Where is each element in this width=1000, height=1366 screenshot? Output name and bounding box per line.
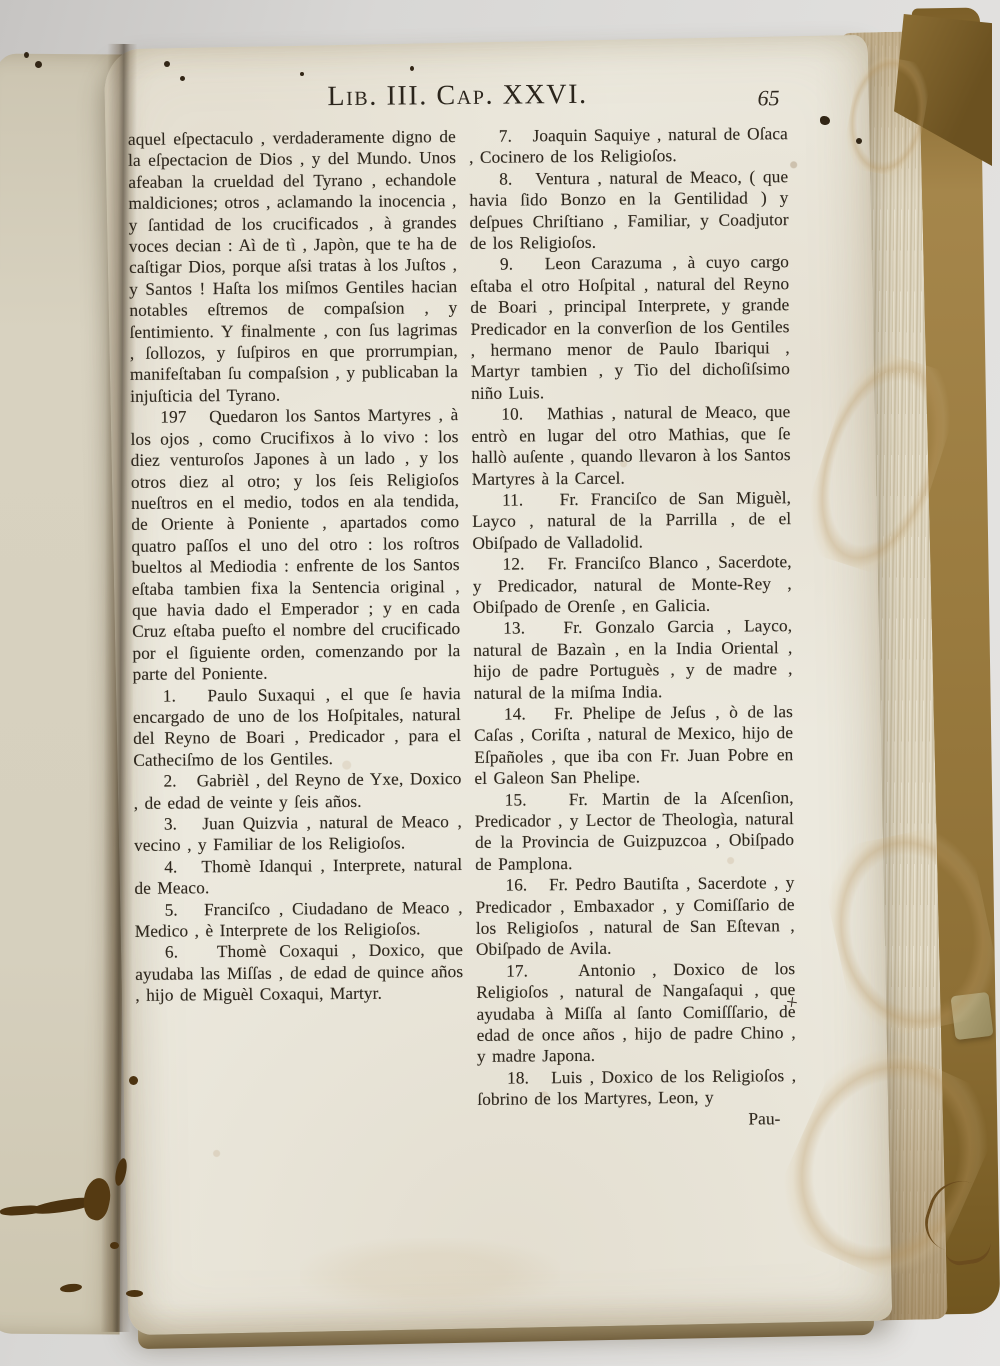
paragraph: 17. Antonio , Doxico de los Religioſos ,… [476, 958, 796, 1068]
paragraph: aquel eſpectaculo , verdaderamente digno… [128, 126, 458, 407]
paragraph: 13. Fr. Gonzalo Garcia , Layco, natural … [473, 615, 793, 703]
paragraph: 16. Fr. Pedro Bautiſta , Sacerdote , y P… [475, 872, 795, 960]
paragraph: 11. Fr. Franciſco de San Miguèl, Layco ,… [472, 487, 792, 554]
chapter-heading: Lib. III. Cap. XXVI. [127, 77, 787, 115]
left-column: aquel eſpectaculo , verdaderamente digno… [128, 126, 465, 1135]
catchword: Pau- [477, 1108, 796, 1132]
paragraph: 12. Fr. Franciſco Blanco , Sacerdote, y … [473, 551, 793, 618]
right-column: 7. Joaquin Saquiye , natural de Oſaca , … [469, 123, 797, 1132]
paragraph: 3. Juan Quizvia , natural de Meaco , vec… [134, 811, 462, 857]
paragraph: 197 Quedaron los Santos Martyres , à los… [130, 404, 460, 685]
paragraph: 6. Thomè Coxaqui , Doxico, que ayudaba l… [135, 939, 464, 1006]
two-column-text: aquel eſpectaculo , verdaderamente digno… [128, 123, 797, 1135]
paragraph: 8. Ventura , natural de Meaco, ( que hav… [469, 166, 789, 254]
page-number: 65 [757, 85, 779, 111]
book-photo: Lib. III. Cap. XXVI. 65 aquel eſpectacul… [0, 0, 1000, 1366]
paragraph: 14. Fr. Phelipe de Jeſus , ò de las Caſa… [474, 701, 794, 789]
vellum-tie-strap [950, 992, 993, 1040]
paragraph: 9. Leon Carazuma , à cuyo cargo eſtaba e… [470, 252, 790, 405]
paragraph: 2. Gabrièl , del Reyno de Yxe, Doxico , … [133, 768, 461, 814]
paragraph: 1. Paulo Suxaqui , el que ſe havia encar… [133, 683, 462, 771]
paragraph: 5. Franciſco , Ciudadano de Meaco , Medi… [135, 897, 463, 943]
printed-text-block: Lib. III. Cap. XXVI. 65 aquel eſpectacul… [127, 77, 796, 1135]
paragraph: 4. Thomè Idanqui , Interprete, natural d… [134, 854, 462, 900]
paragraph: 15. Fr. Martin de la Aſcenſion, Predicad… [475, 787, 795, 875]
running-header: Lib. III. Cap. XXVI. 65 [127, 77, 787, 127]
paragraph: 10. Mathias , natural de Meaco, que entr… [471, 401, 791, 489]
paragraph: 18. Luis , Doxico de los Religioſos , ſo… [477, 1065, 796, 1111]
paragraph: 7. Joaquin Saquiye , natural de Oſaca , … [469, 123, 788, 169]
